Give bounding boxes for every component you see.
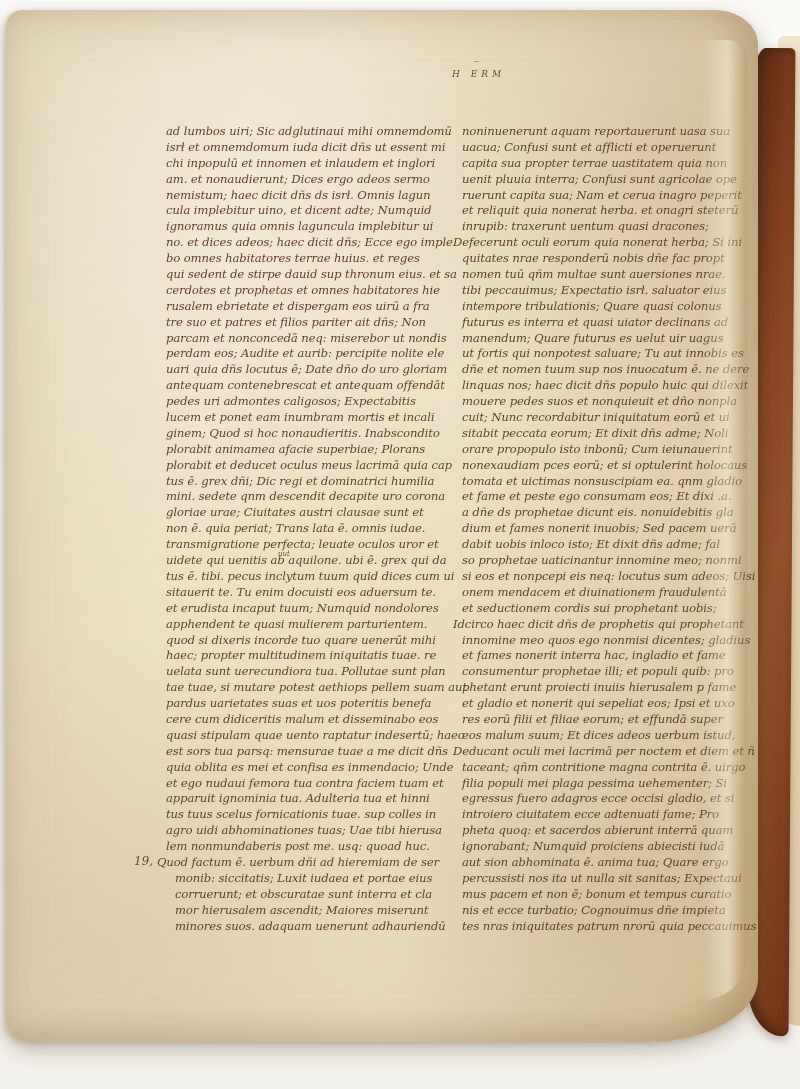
manuscript-line: minores suos. adaquam uenerunt adhaurien… <box>175 919 466 935</box>
manuscript-line: uacua; Confusi sunt et afflicti et operu… <box>462 140 762 156</box>
manuscript-line: et erudista incaput tuum; Numquid nondol… <box>166 601 466 617</box>
manuscript-line: no. et dices adeos; haec dicit dñs; Ecce… <box>166 235 466 251</box>
manuscript-line: tibi peccauimus; Expectatio isrł. saluat… <box>462 283 762 299</box>
manuscript-line: ginem; Quod si hoc nonaudieritis. Inabsc… <box>166 426 466 442</box>
manuscript-line: dium et fames nonerit inuobis; Sed pacem… <box>462 521 762 537</box>
manuscript-line: nemistum; haec dicit dñs ds isrł. Omnis … <box>166 188 466 204</box>
manuscript-line: et ego nudaui femora tua contra faciem t… <box>166 776 466 792</box>
manuscript-line: pheta quoq: et sacerdos abierunt interrā… <box>462 823 762 839</box>
manuscript-line: egressus fuero adagros ecce occisi gladi… <box>462 791 762 807</box>
interlinear-correction: uut <box>278 550 290 558</box>
manuscript-line: nonexaudiam pces eorū; et si optulerint … <box>462 458 762 474</box>
manuscript-line: quitates nrae responderū nobis dñe fac p… <box>462 251 762 267</box>
manuscript-line: si eos et nonpcepi eis neq: locutus sum … <box>462 569 762 585</box>
manuscript-line: est sors tua parsq: mensurae tuae a me d… <box>166 744 466 760</box>
manuscript-line: tus ē. tibi. pecus inclytum tuum quid di… <box>166 569 466 585</box>
manuscript-line: nis et ecce turbatio; Cognouimus dñe imp… <box>462 903 762 919</box>
manuscript-line: noninuenerunt aquam reportauerunt uasa s… <box>462 124 762 140</box>
manuscript-line: et reliquit quia nonerat herba. et onagr… <box>462 203 762 219</box>
manuscript-line: plorabit animamea afacie superbiae; Plor… <box>166 442 466 458</box>
manuscript-line: chi inpopulū et innomen et inlaudem et i… <box>166 156 466 172</box>
manuscript-line: phetant erunt proiecti inuiis hierusalem… <box>462 680 762 696</box>
manuscript-line: gloriae urae; Ciuitates austri clausae s… <box>166 505 466 521</box>
manuscript-line: mini. sedete qnm descendit decapite uro … <box>166 489 466 505</box>
manuscript-line: apphendent te quasi mulierem parturiente… <box>166 617 466 633</box>
manuscript-line: lem nonmundaberis post me. usq: quoad hu… <box>166 839 466 855</box>
manuscript-line: pardus uarietates suas et uos poteritis … <box>166 696 466 712</box>
manuscript-line: Deducant oculi mei lacrimā per noctem et… <box>453 744 762 760</box>
manuscript-line: tae tuae, si mutare potest aethiops pell… <box>166 680 466 696</box>
manuscript-line: capita sua propter terrae uastitatem qui… <box>462 156 762 172</box>
manuscript-line: non ē. quia periat; Trans lata ē. omnis … <box>166 521 466 537</box>
parchment-page: ‾ H ERM ad lumbos uiri; Sic adglutinaui … <box>6 10 758 1042</box>
manuscript-line: mor hierusalem ascendit; Maiores miserun… <box>175 903 466 919</box>
manuscript-line: uelata sunt uerecundiora tua. Pollutae s… <box>166 664 466 680</box>
header-abbreviation-macron: ‾ <box>474 61 479 72</box>
manuscript-line: manendum; Quare futurus es uelut uir uag… <box>462 331 762 347</box>
manuscript-line: quasi stipulam quae uento raptatur indes… <box>166 728 466 744</box>
manuscript-line: monib: siccitatis; Luxit iudaea et porta… <box>175 871 466 887</box>
manuscript-line: eos malum suum; Et dices adeos uerbum is… <box>462 728 762 744</box>
manuscript-line: intempore tribulationis; Quare quasi col… <box>462 299 762 315</box>
manuscript-line: so prophetae uaticinantur innomine meo; … <box>462 553 762 569</box>
manuscript-line: ignoramus quia omnis laguncula implebitu… <box>166 219 466 235</box>
manuscript-line: uenit pluuia interra; Confusi sunt agric… <box>462 172 762 188</box>
manuscript-line: Defecerunt oculi eorum quia nonerat herb… <box>453 235 762 251</box>
manuscript-line: ad lumbos uiri; Sic adglutinaui mihi omn… <box>166 124 466 140</box>
manuscript-line: et fame et peste ego consumam eos; Et di… <box>462 489 762 505</box>
manuscript-line: res eorū filii et filiae eorum; et effun… <box>462 712 762 728</box>
manuscript-line: nomen tuū qñm multae sunt auersiones nra… <box>462 267 762 283</box>
manuscript-line: mouere pedes suos et nonquieuit et dño n… <box>462 394 762 410</box>
manuscript-line: cula implebitur uino, et dicent adte; Nu… <box>166 203 466 219</box>
manuscript-line: et fames nonerit interra hac, ingladio e… <box>462 648 762 664</box>
manuscript-line: agro uidi abhominationes tuas; Uae tibi … <box>166 823 466 839</box>
manuscript-line: Quod factum ē. uerbum dñi ad hieremiam d… <box>157 855 466 871</box>
manuscript-line: quod si dixeris incorde tuo quare uenerū… <box>166 633 466 649</box>
text-column-left: ad lumbos uiri; Sic adglutinaui mihi omn… <box>166 124 466 934</box>
manuscript-line: isrł et omnemdomum iuda dicit dñs ut ess… <box>166 140 466 156</box>
manuscript-line: futurus es interra et quasi uiator decli… <box>462 315 762 331</box>
running-header: ‾ H ERM <box>452 70 505 80</box>
manuscript-line: linquas nos; haec dicit dñs populo huic … <box>462 378 762 394</box>
manuscript-line: ignorabant; Numquid proiciens abiecisti … <box>462 839 762 855</box>
manuscript-line: sitabit peccata eorum; Et dixit dñs adme… <box>462 426 762 442</box>
manuscript-line: rusalem ebrietate et dispergam eos uirū … <box>166 299 466 315</box>
manuscript-line: perdam eos; Audite et aurib: percipite n… <box>166 346 466 362</box>
manuscript-line: dñe et nomen tuum sup nos inuocatum ē. n… <box>462 362 762 378</box>
manuscript-line: tus tuus scelus fornicationis tuae. sup … <box>166 807 466 823</box>
manuscript-line: filia populi mei plaga pessima uehemente… <box>462 776 762 792</box>
manuscript-line: parcam et nonconcedā neq: miserebor ut n… <box>166 331 466 347</box>
manuscript-photo: ‾ H ERM ad lumbos uiri; Sic adglutinaui … <box>0 0 800 1089</box>
manuscript-line: am. et nonaudierunt; Dices ergo adeos se… <box>166 172 466 188</box>
manuscript-line: cere cum didiceritis malum et disseminab… <box>166 712 466 728</box>
manuscript-line: et seductionem cordis sui prophetant uob… <box>462 601 762 617</box>
manuscript-line: dabit uobis inloco isto; Et dixit dñs ad… <box>462 537 762 553</box>
manuscript-line: lucem et ponet eam inumbram mortis et in… <box>166 410 466 426</box>
manuscript-line: taceant; qñm contritione magna contrita … <box>462 760 762 776</box>
manuscript-line: apparuit ignominia tua. Adulteria tua et… <box>166 791 466 807</box>
manuscript-line: corruerunt; et obscuratae sunt interra e… <box>175 887 466 903</box>
manuscript-line: Idcirco haec dicit dñs de prophetis qui … <box>453 617 762 633</box>
manuscript-line: cuit; Nunc recordabitur iniquitatum eorū… <box>462 410 762 426</box>
manuscript-line: tre suo et patres et filios pariter ait … <box>166 315 466 331</box>
manuscript-line: inrupib: traxerunt uentum quasi dracones… <box>462 219 762 235</box>
manuscript-line: bo omnes habitatores terrae huius. et re… <box>166 251 466 267</box>
manuscript-line: a dñe ds prophetae dicunt eis. nonuidebi… <box>462 505 762 521</box>
manuscript-line: percussisti nos ita ut nulla sit sanitas… <box>462 871 762 887</box>
manuscript-line: tomata et uictimas nonsuscipiam ea. qnm … <box>462 474 762 490</box>
manuscript-line: innomine meo quos ego nonmisi dicentes; … <box>462 633 762 649</box>
manuscript-line: ut fortis qui nonpotest saluare; Tu aut … <box>462 346 762 362</box>
manuscript-line: cerdotes et prophetas et omnes habitator… <box>166 283 466 299</box>
manuscript-line: et gladio et nonerit qui sepeliat eos; I… <box>462 696 762 712</box>
marginal-chapter-mark: 19, <box>134 854 153 868</box>
manuscript-line: tus ē. grex dñi; Dic regi et dominatrici… <box>166 474 466 490</box>
manuscript-line: introiero ciuitatem ecce adtenuati fame;… <box>462 807 762 823</box>
manuscript-line: aut sion abhominata ē. anima tua; Quare … <box>462 855 762 871</box>
manuscript-line: orare propopulo isto inbonū; Cum ieiunau… <box>462 442 762 458</box>
manuscript-line: ruerunt capita sua; Nam et cerua inagro … <box>462 188 762 204</box>
manuscript-line: consumentur prophetae illi; et populi qu… <box>462 664 762 680</box>
manuscript-line: uidete qui uenitis ab aquilone. ubi ē. g… <box>166 553 466 569</box>
text-column-right: noninuenerunt aquam reportauerunt uasa s… <box>462 124 762 934</box>
manuscript-line: mus pacem et non ē; bonum et tempus cura… <box>462 887 762 903</box>
manuscript-line: pedes uri admontes caligosos; Expectabit… <box>166 394 466 410</box>
manuscript-line: plorabit et deducet oculus meus lacrimā … <box>166 458 466 474</box>
manuscript-line: transmigratione perfecta; leuate oculos … <box>166 537 466 553</box>
manuscript-line: uari quia dñs locutus ē; Date dño do uro… <box>166 362 466 378</box>
manuscript-line: antequam contenebrescat et antequam offe… <box>166 378 466 394</box>
manuscript-line: tes nras iniquitates patrum nrorū quia p… <box>462 919 762 935</box>
manuscript-line: haec; propter multitudinem iniquitatis t… <box>166 648 466 664</box>
manuscript-line: qui sedent de stirpe dauid sup thronum e… <box>166 267 466 283</box>
manuscript-line: onem mendacem et diuinationem fraudulent… <box>462 585 762 601</box>
manuscript-line: quia oblita es mei et confisa es inmenda… <box>166 760 466 776</box>
manuscript-line: sitauerit te. Tu enim docuisti eos aduer… <box>166 585 466 601</box>
